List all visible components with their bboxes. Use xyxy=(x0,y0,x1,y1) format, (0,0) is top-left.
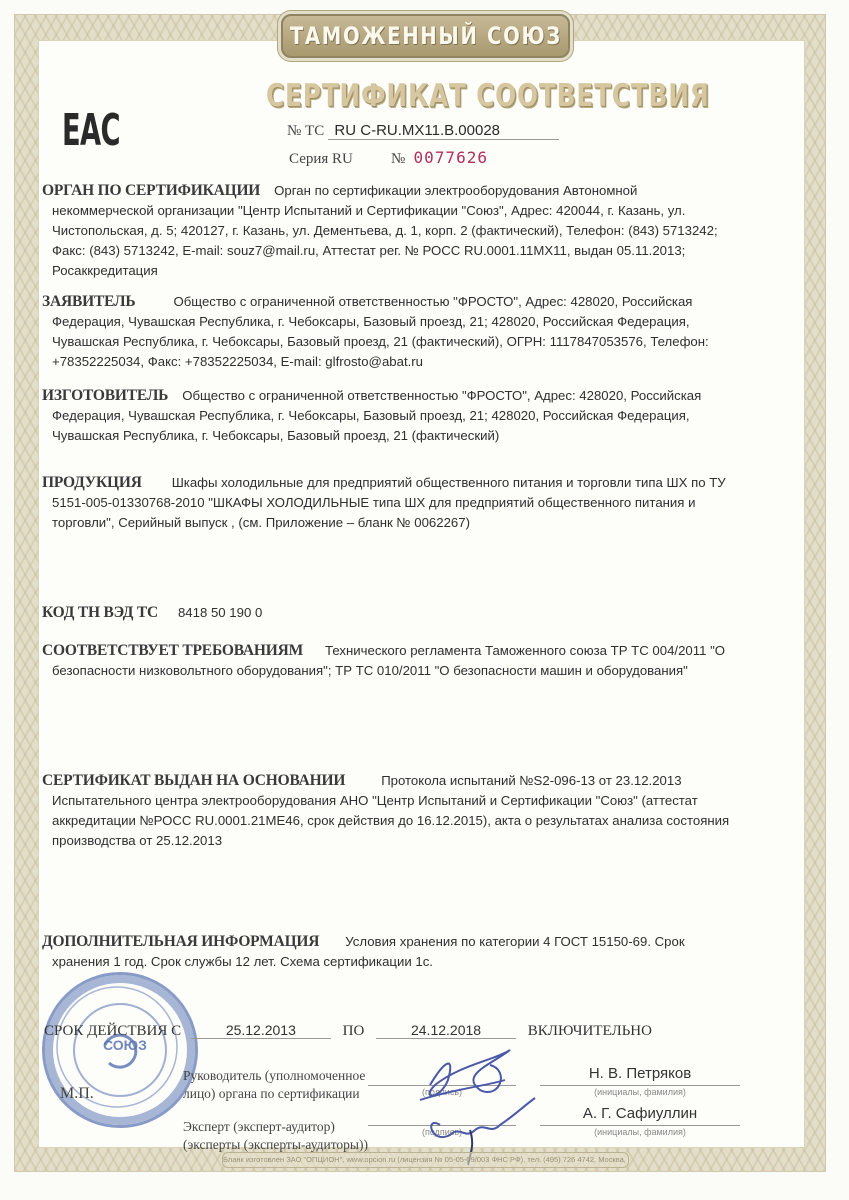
section-heading: СЕРТИФИКАТ ВЫДАН НА ОСНОВАНИИ xyxy=(42,772,345,789)
section-text: Орган по сертификации электрооборудовани… xyxy=(274,183,637,198)
section-text: Условия хранения по категории 4 ГОСТ 151… xyxy=(345,934,684,949)
section-heading: СООТВЕТСТВУЕТ ТРЕБОВАНИЯМ xyxy=(42,642,303,659)
section-text-line: 5151-005-01330768-2010 "ШКАФЫ ХОЛОДИЛЬНЫ… xyxy=(42,493,787,513)
section-certification-body: ОРГАН ПО СЕРТИФИКАЦИИОрган по сертификац… xyxy=(42,181,787,281)
section-text-line: Испытательного центра электрооборудовани… xyxy=(42,791,787,811)
section-text-line: Чистопольская, д. 5; 420127, г. Казань, … xyxy=(42,221,787,241)
section-requirements: СООТВЕТСТВУЕТ ТРЕБОВАНИЯМТехнического ре… xyxy=(42,641,787,681)
section-text-line: +78352225034, Факс: +78352225034, E-mail… xyxy=(42,352,787,372)
section-text-line: аккредитации №РОСС RU.0001.21МЕ46, срок … xyxy=(42,811,787,831)
eac-logo-icon: EAC xyxy=(62,105,120,156)
section-text-line: Федерация, Чувашская Республика, г. Чебо… xyxy=(42,406,787,426)
customs-union-banner: ТАМОЖЕННЫЙ СОЮЗ xyxy=(281,14,570,58)
form-printer-imprint: Бланк изготовлен ЗАО "ОПЦИОН", www.opcio… xyxy=(222,1152,629,1168)
certificate-number-label: № ТС xyxy=(287,123,324,139)
expert-name-line xyxy=(540,1125,740,1126)
certificate-number: RU C-RU.MX11.B.00028 xyxy=(328,122,559,140)
series-label: Серия RU xyxy=(289,151,353,167)
section-product: ПРОДУКЦИЯШкафы холодильные для предприят… xyxy=(42,473,787,533)
certification-seal-stamp: СОЮЗ xyxy=(42,972,198,1128)
section-applicant: ЗАЯВИТЕЛЬОбщество с ограниченной ответст… xyxy=(42,292,787,372)
section-text-line: Чувашская Республика, г. Чебоксары, Базо… xyxy=(42,426,787,446)
expert-signer-name: А. Г. Сафиуллин xyxy=(540,1105,740,1122)
customs-union-title: ТАМОЖЕННЫЙ СОЮЗ xyxy=(289,22,561,50)
section-text-line: хранения 1 год. Срок службы 12 лет. Схем… xyxy=(42,952,787,972)
section-text-line: некоммерческой организации "Центр Испыта… xyxy=(42,201,787,221)
expert-name-caption: (инициалы, фамилия) xyxy=(540,1127,740,1137)
section-text-line: Росаккредитация xyxy=(42,261,787,281)
head-label-line-1: Руководитель (уполномоченное xyxy=(183,1067,365,1085)
head-signer-name: Н. В. Петряков xyxy=(540,1065,740,1082)
certificate-title: СЕРТИФИКАТ СООТВЕТСТВИЯ xyxy=(266,78,570,114)
head-name-caption: (инициалы, фамилия) xyxy=(540,1087,740,1097)
section-heading: ИЗГОТОВИТЕЛЬ xyxy=(42,387,168,404)
section-text-line: Федерация, Чувашская Республика, г. Чебо… xyxy=(42,312,787,332)
validity-period: СРОК ДЕЙСТВИЯ С 25.12.2013 ПО 24.12.2018… xyxy=(44,1022,652,1040)
validity-date-from: 25.12.2013 xyxy=(191,1022,331,1039)
expert-label-line-1: Эксперт (эксперт-аудитор) xyxy=(183,1118,368,1136)
section-heading: ДОПОЛНИТЕЛЬНАЯ ИНФОРМАЦИЯ xyxy=(42,933,319,950)
section-text: Технического регламента Таможенного союз… xyxy=(325,643,725,658)
series-number: 0077626 xyxy=(414,148,488,167)
head-name-line xyxy=(540,1085,740,1086)
section-issued-basis: СЕРТИФИКАТ ВЫДАН НА ОСНОВАНИИПротокола и… xyxy=(42,771,787,851)
validity-from-label: СРОК ДЕЙСТВИЯ С xyxy=(44,1023,181,1039)
handwritten-signature-icon xyxy=(400,1030,550,1170)
section-heading: ОРГАН ПО СЕРТИФИКАЦИИ xyxy=(42,182,260,199)
series-row: Серия RU № 0077626 xyxy=(289,148,488,168)
section-heading: ЗАЯВИТЕЛЬ xyxy=(42,293,135,310)
validity-to-label: ПО xyxy=(343,1023,365,1039)
expert-label: Эксперт (эксперт-аудитор) (эксперты (экс… xyxy=(183,1118,368,1154)
section-text-line: Чувашская Республика, г. Чебоксары, Базо… xyxy=(42,332,787,352)
section-text-line: производства от 25.12.2013 xyxy=(42,831,787,851)
section-tn-ved-code: КОД ТН ВЭД ТС8418 50 190 0 xyxy=(42,603,787,623)
section-text-line: Факс: (843) 5713242, E-mail: souz7@mail.… xyxy=(42,241,787,261)
section-additional-info: ДОПОЛНИТЕЛЬНАЯ ИНФОРМАЦИЯУсловия хранени… xyxy=(42,932,787,972)
head-of-body-label: Руководитель (уполномоченное лицо) орган… xyxy=(183,1067,365,1103)
head-label-line-2: лицо) органа по сертификации xyxy=(183,1085,365,1103)
section-heading: ПРОДУКЦИЯ xyxy=(42,474,142,491)
tn-ved-code-value: 8418 50 190 0 xyxy=(178,605,262,620)
section-text-line: безопасности низковольтного оборудования… xyxy=(42,661,787,681)
section-text: Общество с ограниченной ответственностью… xyxy=(173,294,692,309)
section-manufacturer: ИЗГОТОВИТЕЛЬОбщество с ограниченной отве… xyxy=(42,386,787,446)
section-text: Шкафы холодильные для предприятий общест… xyxy=(172,475,726,490)
seal-place-label: М.П. xyxy=(60,1085,94,1103)
certificate-number-row: № ТС RU C-RU.MX11.B.00028 xyxy=(287,122,559,140)
series-number-label: № xyxy=(391,151,405,167)
section-text: Протокола испытаний №S2-096-13 от 23.12.… xyxy=(381,773,681,788)
section-text: Общество с ограниченной ответственностью… xyxy=(182,388,701,403)
section-heading: КОД ТН ВЭД ТС xyxy=(42,604,158,621)
section-text-line: торговли", Серийный выпуск , (см. Прилож… xyxy=(42,513,787,533)
